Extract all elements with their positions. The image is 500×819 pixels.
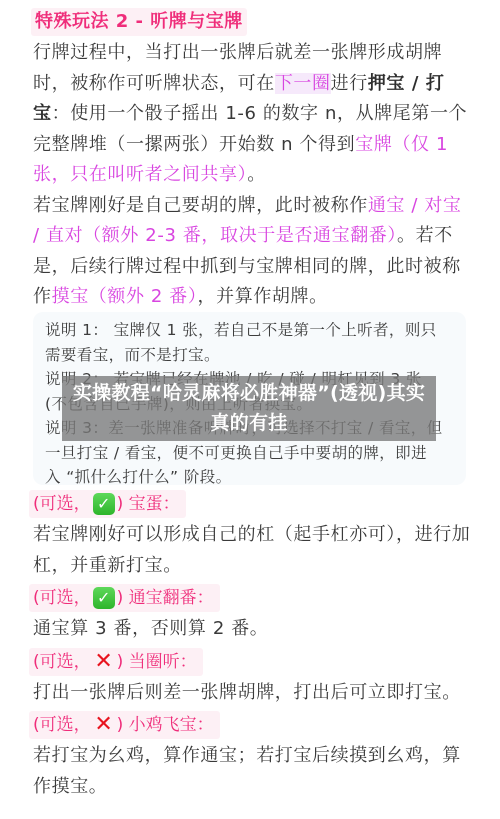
next-round-link[interactable]: 下一圈 <box>275 73 331 94</box>
option-tongbao-fanfan: (可选，✓) 通宝翻番： 通宝算 3 番，否则算 2 番。 <box>33 584 473 645</box>
paragraph-text: 若宝牌刚好是自己要胡的牌，此时被称作 <box>33 195 368 216</box>
highlight-mobao: 摸宝（额外 2 番） <box>52 286 198 307</box>
note-line: 入 “抓什么打什么” 阶段。 <box>45 465 456 490</box>
option-title: ) 当圈听： <box>117 650 197 674</box>
option-label: (可选，✕) 当圈听： <box>29 648 203 676</box>
check-icon: ✓ <box>93 493 115 515</box>
paragraph-tongbao: 若宝牌刚好是自己要胡的牌，此时被称作通宝 / 对宝 / 直对（额外 2-3 番，… <box>33 191 473 313</box>
option-description: 通宝算 3 番，否则算 2 番。 <box>33 614 473 645</box>
section-heading: 特殊玩法 2 - 听牌与宝牌 <box>31 8 247 36</box>
option-description: 若打宝为幺鸡，算作通宝；若打宝后续摸到幺鸡，算作摸宝。 <box>33 741 473 802</box>
paragraph-listen-and-bao: 行牌过程中，当打出一张牌后就差一张牌形成胡牌时，被称作可听牌状态，可在下一圈进行… <box>33 38 473 191</box>
cross-icon: ✕ <box>93 714 115 736</box>
paragraph-text: 。 <box>247 164 266 185</box>
note-line: 一旦打宝 / 看宝，便不可更换自己手中要胡的牌，即进 <box>45 441 456 466</box>
option-title: ) 通宝翻番： <box>117 586 214 610</box>
option-prefix: (可选， <box>33 713 91 737</box>
option-dangquanting: (可选，✕) 当圈听： 打出一张牌后则差一张牌胡牌，打出后可立即打宝。 <box>33 648 473 709</box>
option-description: 打出一张牌后则差一张牌胡牌，打出后可立即打宝。 <box>33 678 473 709</box>
check-icon: ✓ <box>93 587 115 609</box>
option-label: (可选，✓) 通宝翻番： <box>29 584 220 612</box>
option-label: (可选，✓) 宝蛋： <box>29 490 186 518</box>
option-title: ) 宝蛋： <box>117 492 180 516</box>
paragraph-text: 进行 <box>331 73 368 94</box>
promo-overlay-banner[interactable]: 实操教程“哈灵麻将必胜神器”(透视)其实真的有挂 <box>62 376 436 441</box>
cross-icon: ✕ <box>93 651 115 673</box>
option-prefix: (可选， <box>33 492 91 516</box>
option-title: ) 小鸡飞宝： <box>117 713 214 737</box>
note-line: 说明 1： 宝牌仅 1 张，若自己不是第一个上听者，则只 <box>45 318 456 343</box>
paragraph-text: ，并算作胡牌。 <box>198 286 328 307</box>
option-xiaoji-feibao: (可选，✕) 小鸡飞宝： 若打宝为幺鸡，算作通宝；若打宝后续摸到幺鸡，算作摸宝。 <box>33 711 473 802</box>
option-label: (可选，✕) 小鸡飞宝： <box>29 711 220 739</box>
option-description: 若宝牌刚好可以形成自己的杠（起手杠亦可），进行加杠，并重新打宝。 <box>33 520 473 581</box>
option-baodan: (可选，✓) 宝蛋： 若宝牌刚好可以形成自己的杠（起手杠亦可），进行加杠，并重新… <box>33 490 473 581</box>
optional-rules: (可选，✓) 宝蛋： 若宝牌刚好可以形成自己的杠（起手杠亦可），进行加杠，并重新… <box>33 490 473 805</box>
option-prefix: (可选， <box>33 650 91 674</box>
note-line: 需要看宝，而不是打宝。 <box>45 343 456 368</box>
option-prefix: (可选， <box>33 586 91 610</box>
article-content: 特殊玩法 2 - 听牌与宝牌 行牌过程中，当打出一张牌后就差一张牌形成胡牌时，被… <box>33 0 473 313</box>
